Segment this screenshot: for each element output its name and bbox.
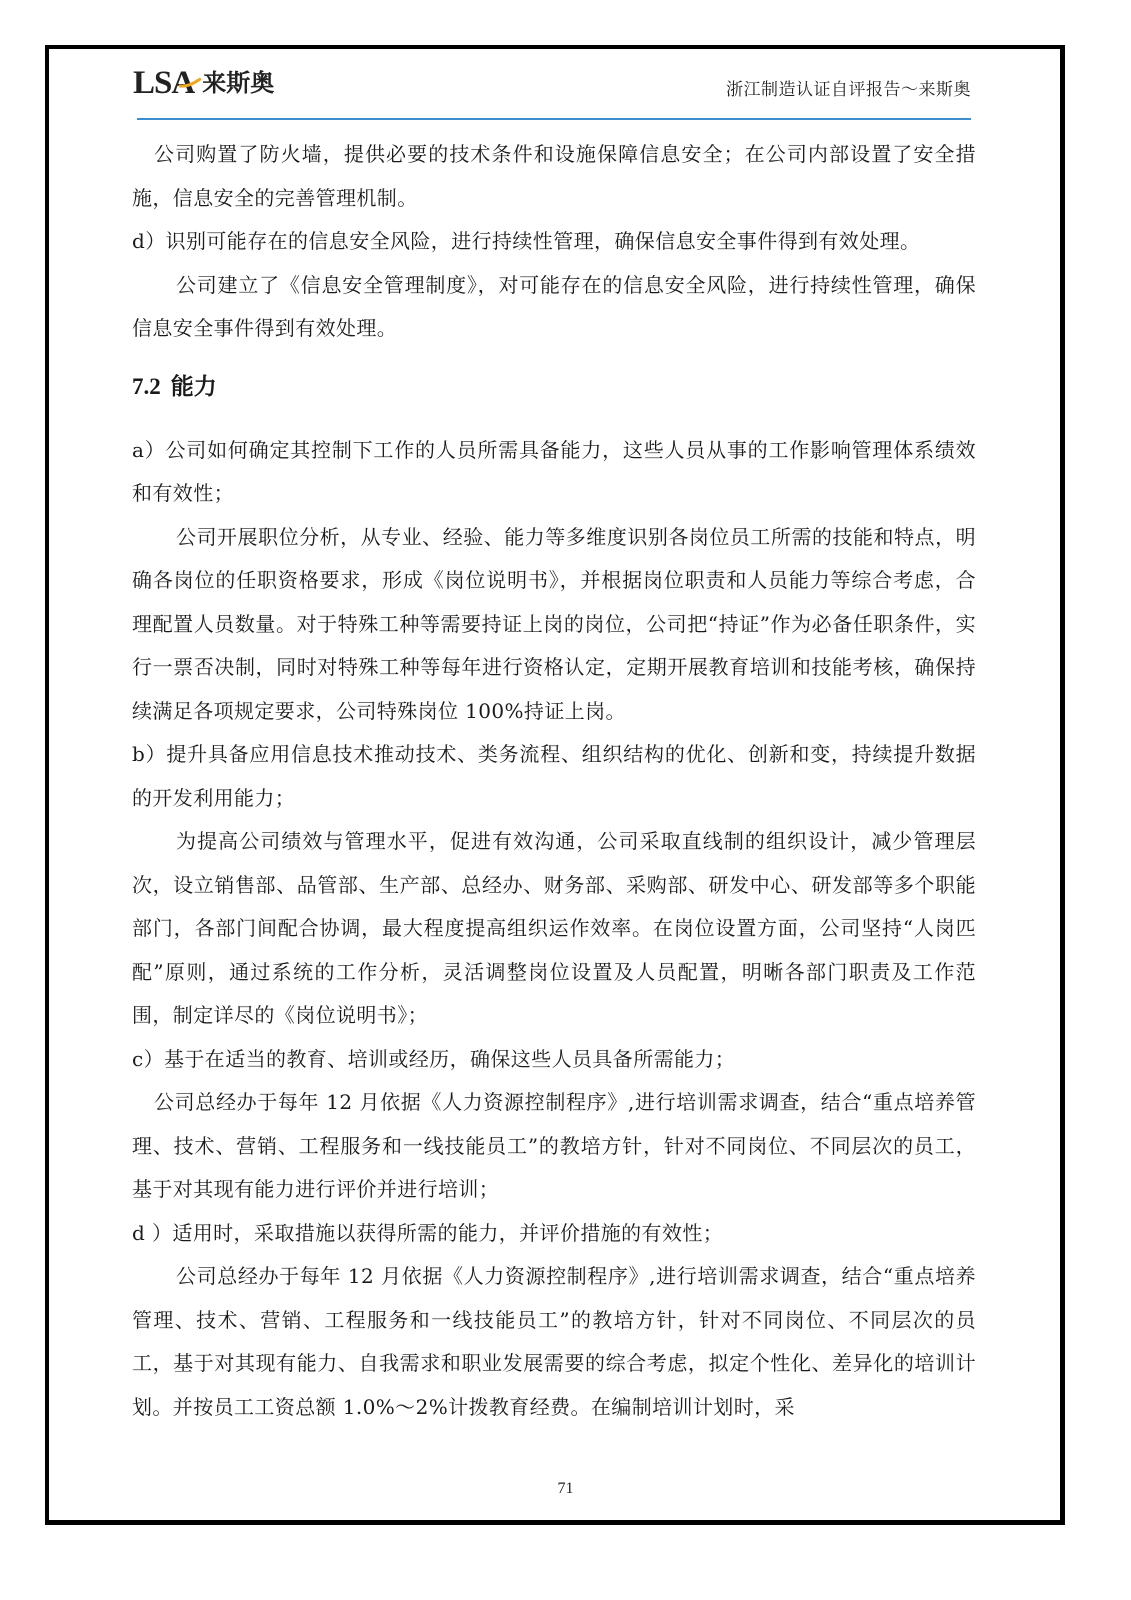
document-body: 公司购置了防火墙，提供必要的技术条件和设施保障信息安全；在公司内部设置了安全措施…	[132, 133, 976, 1429]
paragraph-firewall: 公司购置了防火墙，提供必要的技术条件和设施保障信息安全；在公司内部设置了安全措施…	[132, 133, 976, 220]
logo-swoosh-icon	[179, 78, 201, 88]
item-c-question: c）基于在适当的教育、培训或经历，确保这些人员具备所需能力；	[132, 1038, 976, 1082]
item-a-question: a）公司如何确定其控制下工作的人员所需具备能力，这些人员从事的工作影响管理体系绩…	[132, 429, 976, 516]
item-c-answer: 公司总经办于每年 12 月依据《人力资源控制程序》,进行培训需求调查，结合“重点…	[132, 1081, 976, 1212]
item-d-question: d ）适用时，采取措施以获得所需的能力，并评价措施的有效性；	[132, 1212, 976, 1256]
company-logo: LSA 来斯奥	[133, 64, 274, 98]
page-number: 71	[0, 1480, 1131, 1498]
paragraph-security-policy: 公司建立了《信息安全管理制度》，对可能存在的信息安全风险，进行持续性管理，确保信…	[132, 264, 976, 351]
page-header: LSA 来斯奥 浙江制造认证自评报告～来斯奥	[133, 62, 973, 120]
item-d-info-security: d）识别可能存在的信息安全风险，进行持续性管理，确保信息安全事件得到有效处理。	[132, 220, 976, 264]
header-divider	[137, 118, 971, 120]
section-number: 7.2	[132, 374, 161, 399]
item-d-answer: 公司总经办于每年 12 月依据《人力资源控制程序》,进行培训需求调查，结合“重点…	[132, 1255, 976, 1429]
section-title-text: 能力	[171, 373, 217, 400]
item-b-question: b）提升具备应用信息技术推动技术、类务流程、组织结构的优化、创新和变，持续提升数…	[132, 733, 976, 820]
item-a-answer: 公司开展职位分析，从专业、经验、能力等多维度识别各岗位员工所需的技能和特点，明确…	[132, 516, 976, 734]
logo-chinese: 来斯奥	[202, 68, 274, 98]
section-heading: 7.2能力	[132, 367, 976, 407]
item-b-answer: 为提高公司绩效与管理水平，促进有效沟通，公司采取直线制的组织设计，减少管理层次，…	[132, 820, 976, 1038]
report-title: 浙江制造认证自评报告～来斯奥	[726, 75, 971, 100]
